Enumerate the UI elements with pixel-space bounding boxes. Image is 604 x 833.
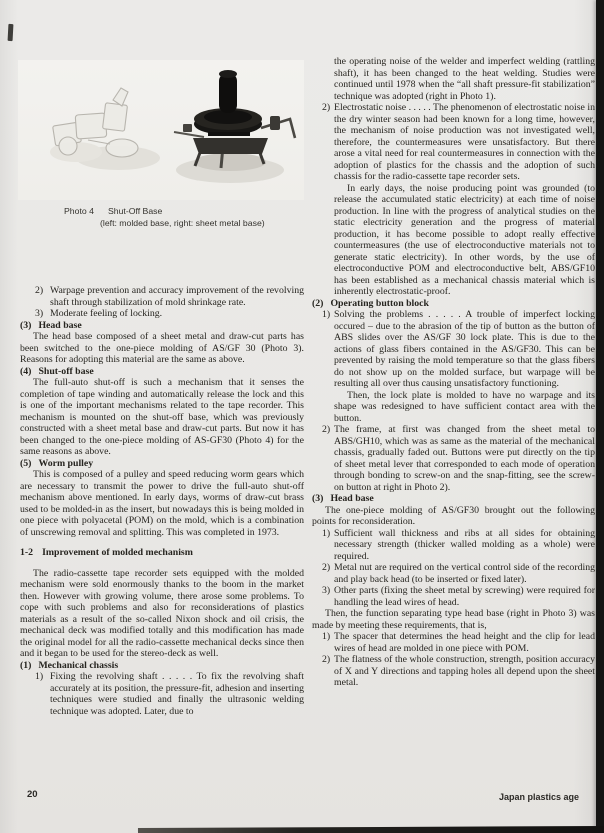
heading-text: Operating button block — [330, 298, 429, 309]
photo-caption-line1: Photo 4Shut-Off Base — [64, 205, 304, 217]
list-text: Metal nut are required on the vertical c… — [334, 562, 595, 585]
scan-speck — [8, 24, 14, 41]
list-item-spacer: 1)The spacer that determines the head he… — [312, 631, 595, 654]
paragraph-lock-plate: Then, the lock plate is molded to have n… — [334, 390, 595, 425]
heading-text: Shut-off base — [38, 366, 93, 377]
list-number: 1) — [35, 671, 43, 683]
scan-edge-bottom — [138, 826, 604, 833]
heading-number: (5) — [20, 458, 31, 469]
molded-base-object — [50, 88, 160, 170]
list-text: The flatness of the whole construction, … — [334, 654, 595, 688]
photo-image — [18, 60, 304, 200]
list-item-fixing-shaft: 1)Fixing the revolving shaft . . . . . T… — [20, 671, 304, 717]
list-number: 2) — [322, 654, 330, 666]
list-number: 1) — [322, 309, 330, 321]
section-number: 1-2 — [20, 547, 33, 558]
photo-caption-label: Photo 4 — [64, 206, 94, 216]
list-item-other-parts: 3)Other parts (fixing the sheet metal by… — [312, 585, 595, 608]
list-text: Sufficient wall thickness and ribs at al… — [334, 528, 595, 562]
list-number: 3) — [35, 308, 43, 320]
list-number: 1) — [322, 528, 330, 540]
list-number: 2) — [322, 424, 330, 436]
list-text: Electrostatic noise . . . . . The phenom… — [334, 102, 595, 182]
heading-number: (4) — [20, 366, 31, 377]
heading-text: Worm pulley — [38, 458, 93, 469]
shut-off-base-photo — [18, 60, 304, 200]
photo-caption: Photo 4Shut-Off Base (left: molded base,… — [64, 205, 304, 229]
heading-operating-button-block: (2)Operating button block — [312, 298, 595, 310]
heading-text: Mechanical chassis — [38, 660, 118, 671]
paragraph-head-base: The head base composed of a sheet metal … — [20, 331, 304, 366]
section-heading-improvement: 1-2Improvement of molded mechanism — [20, 547, 304, 559]
scan-edge-right — [596, 0, 604, 833]
list-number: 2) — [322, 562, 330, 574]
paragraph-improvement: The radio-cassette tape recorder sets eq… — [20, 568, 304, 660]
paragraph-function-separating: Then, the function separating type head … — [312, 608, 595, 631]
list-number: 3) — [322, 585, 330, 597]
section-title: Improvement of molded mechanism — [42, 547, 193, 558]
list-number: 2) — [35, 285, 43, 297]
heading-text: Head base — [38, 320, 81, 331]
list-item-metal-nut: 2)Metal nut are required on the vertical… — [312, 562, 595, 585]
heading-mechanical-chassis: (1)Mechanical chassis — [20, 660, 304, 672]
photo-caption-title: Shut-Off Base — [108, 206, 162, 216]
journal-name: Japan plastics age — [499, 792, 579, 802]
list-text: The spacer that determines the head heig… — [334, 631, 595, 654]
list-item-locking: 3)Moderate feeling of locking. — [20, 308, 304, 320]
right-column: the operating noise of the welder and im… — [312, 56, 595, 689]
list-item-electrostatic: 2)Electrostatic noise . . . . . The phen… — [312, 102, 595, 183]
sheet-metal-base-object — [174, 70, 295, 183]
heading-worm-pulley: (5)Worm pulley — [20, 458, 304, 470]
list-number: 1) — [322, 631, 330, 643]
paragraph-early-days: In early days, the noise producing point… — [334, 183, 595, 298]
heading-number: (1) — [20, 660, 31, 671]
heading-head-base: (3)Head base — [20, 320, 304, 332]
list-number: 2) — [322, 102, 330, 114]
page-number: 20 — [27, 789, 38, 800]
magazine-page: Photo 4Shut-Off Base (left: molded base,… — [0, 0, 604, 833]
list-item-wall-thickness: 1)Sufficient wall thickness and ribs at … — [312, 528, 595, 563]
paragraph-one-piece-molding: The one-piece molding of AS/GF30 brought… — [312, 505, 595, 528]
heading-number: (3) — [20, 320, 31, 331]
heading-number: (3) — [312, 493, 323, 504]
list-item-flatness: 2)The flatness of the whole construction… — [312, 654, 595, 689]
heading-shutoff-base: (4)Shut-off base — [20, 366, 304, 378]
list-text: Warpage prevention and accuracy improvem… — [50, 285, 304, 308]
paragraph-continuation: the operating noise of the welder and im… — [334, 56, 595, 102]
paragraph-worm-pulley: This is composed of a pulley and speed r… — [20, 469, 304, 538]
list-text: Solving the problems . . . . . A trouble… — [334, 309, 595, 389]
list-text: Other parts (fixing the sheet metal by s… — [334, 585, 595, 608]
left-column: 2)Warpage prevention and accuracy improv… — [20, 285, 304, 717]
list-item-frame: 2)The frame, at first was changed from t… — [312, 424, 595, 493]
list-text: Fixing the revolving shaft . . . . . To … — [50, 671, 304, 717]
list-item-solving-problems: 1)Solving the problems . . . . . A troub… — [312, 309, 595, 390]
heading-head-base-right: (3)Head base — [312, 493, 595, 505]
photo-figure: Photo 4Shut-Off Base (left: molded base,… — [18, 60, 304, 229]
list-text: Moderate feeling of locking. — [50, 308, 162, 319]
list-item-warpage: 2)Warpage prevention and accuracy improv… — [20, 285, 304, 308]
photo-caption-subtitle: (left: molded base, right: sheet metal b… — [100, 217, 304, 229]
heading-number: (2) — [312, 298, 323, 309]
paragraph-shutoff-base: The full-auto shut-off is such a mechani… — [20, 377, 304, 458]
list-text: The frame, at first was changed from the… — [334, 424, 595, 493]
heading-text: Head base — [330, 493, 373, 504]
